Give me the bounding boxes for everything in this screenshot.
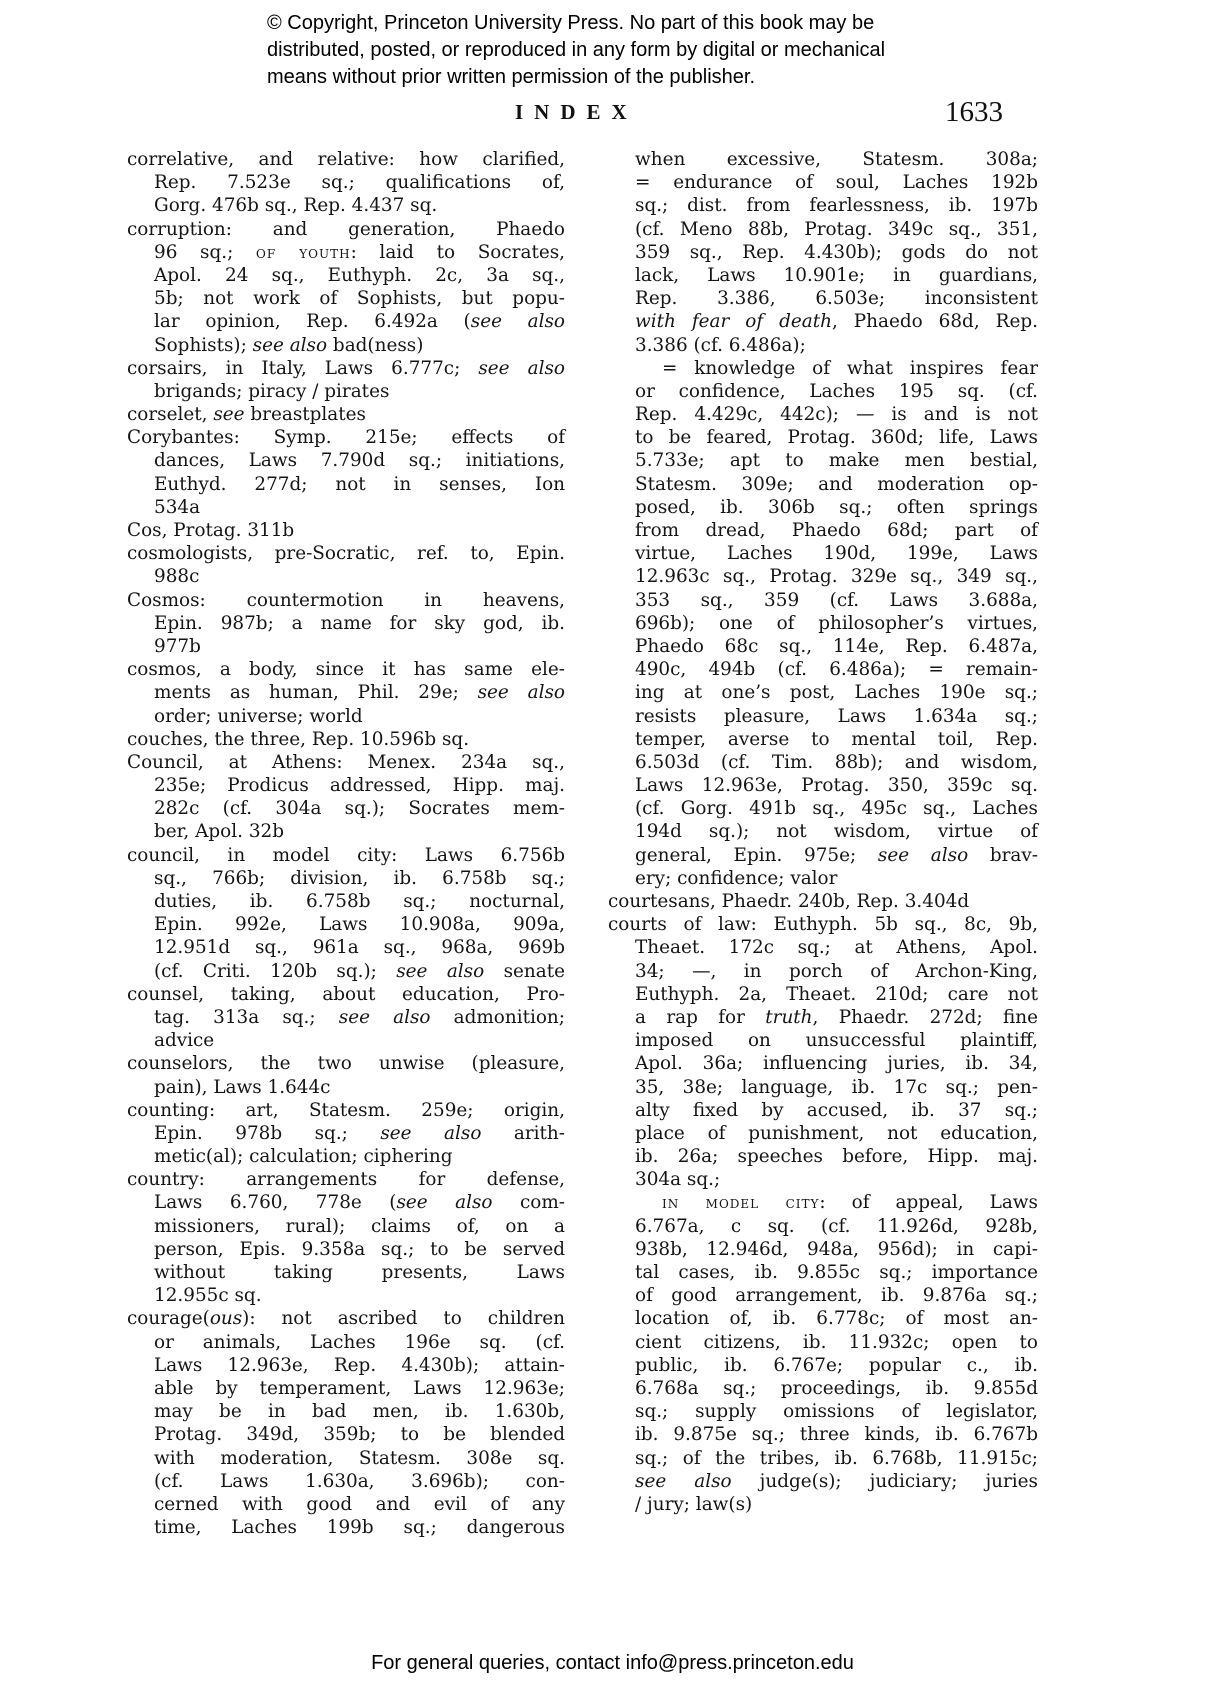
text-run: 12.955c sq. [154, 1285, 262, 1306]
text-run: (cf. Laws 1.630a, 3.696b); con- [154, 1471, 565, 1492]
index-entry-line: 977b [127, 635, 565, 658]
text-run: corruption: and generation, Phaedo [127, 219, 565, 240]
index-entry-heading-line: counselors, the two unwise (pleasure, [127, 1052, 565, 1075]
text-run: place of punishment, not education, [635, 1123, 1038, 1144]
index-entry-line: to be feared, Protag. 360d; life, Laws [608, 426, 1038, 449]
text-run: or confidence, Laches 195 sq. (cf. [635, 381, 1038, 402]
text-run: 5b; not work of Sophists, but popu- [154, 288, 565, 309]
text-run: of good arrangement, ib. 9.876a sq.; [635, 1285, 1038, 1306]
text-run: council, in model city: Laws 6.756b [127, 845, 565, 866]
text-run: brav- [968, 845, 1038, 866]
text-run: ber, Apol. 32b [154, 821, 284, 842]
index-entry-line: brigands; piracy / pirates [127, 380, 565, 403]
index-entry-line: or confidence, Laches 195 sq. (cf. [608, 380, 1038, 403]
text-run: counselors, the two unwise (pleasure, [127, 1053, 565, 1074]
text-run: 12.963c sq., Protag. 329e sq., 349 sq., [635, 566, 1038, 587]
italic-text: see also [478, 682, 565, 703]
index-entry-line: advice [127, 1029, 565, 1052]
text-run: lar opinion, Rep. 6.492a ( [154, 311, 471, 332]
index-entry-line: Phaedo 68c sq., 114e, Rep. 6.487a, [608, 635, 1038, 658]
text-run: without taking presents, Laws [154, 1262, 565, 1283]
index-entry-line: 304a sq.; [608, 1168, 1038, 1191]
index-entry-line: order; universe; world [127, 705, 565, 728]
text-run: breastplates [245, 404, 366, 425]
text-run: corsairs, in Italy, Laws 6.777c; [127, 358, 478, 379]
text-run: = endurance of soul, Laches 192b [635, 172, 1038, 193]
text-run: 534a [154, 497, 200, 518]
index-entry-heading-line: courts of law: Euthyph. 5b sq., 8c, 9b, [608, 913, 1038, 936]
index-entry-line: 6.767a, c sq. (cf. 11.926d, 928b, [608, 1215, 1038, 1238]
index-entry-line: missioners, rural); claims of, on a [127, 1215, 565, 1238]
text-run: 12.951d sq., 961a sq., 968a, 969b [154, 937, 565, 958]
index-entry-line: lack, Laws 10.901e; in guardians, [608, 264, 1038, 287]
text-run: location of, ib. 6.778c; of most an- [635, 1308, 1038, 1329]
index-entry-line: alty fixed by accused, ib. 37 sq.; [608, 1099, 1038, 1122]
text-run: senate [484, 961, 565, 982]
text-run: com- [492, 1192, 565, 1213]
text-run: with moderation, Statesm. 308e sq. [154, 1448, 565, 1469]
text-run: sq.; dist. from fearlessness, ib. 197b [635, 195, 1038, 216]
footer-contact: For general queries, contact info@press.… [0, 1652, 1225, 1675]
copyright-line: means without prior written permission o… [267, 64, 987, 91]
index-entry-line: (cf. Gorg. 491b sq., 495c sq., Laches [608, 797, 1038, 820]
text-run: ments as human, Phil. 29e; [154, 682, 478, 703]
index-entry-line: tag. 313a sq.; see also admonition; [127, 1006, 565, 1029]
text-run: ): not ascribed to children [242, 1308, 565, 1329]
index-entry-line: in model city: of appeal, Laws [608, 1191, 1038, 1214]
index-entry-line: = knowledge of what inspires fear [608, 357, 1038, 380]
text-run: 6.768a sq.; proceedings, ib. 9.855d [635, 1378, 1038, 1399]
running-title: INDEX [515, 100, 638, 125]
index-entry-line: of good arrangement, ib. 9.876a sq.; [608, 1284, 1038, 1307]
text-run: may be in bad men, ib. 1.630b, [154, 1401, 565, 1422]
text-run: 490c, 494b (cf. 6.486a); = remain- [635, 659, 1038, 680]
index-entry-heading-line: courtesans, Phaedr. 240b, Rep. 3.404d [608, 890, 1038, 913]
index-entry-line: without taking presents, Laws [127, 1261, 565, 1284]
index-entry-line: imposed on unsuccessful plaintiff, [608, 1029, 1038, 1052]
index-entry-heading-line: cosmos, a body, since it has same ele- [127, 658, 565, 681]
index-entry-line: Laws 12.963e, Rep. 4.430b); attain- [127, 1354, 565, 1377]
index-entry-line: 988c [127, 565, 565, 588]
index-entry-line: sq., 766b; division, ib. 6.758b sq.; [127, 867, 565, 890]
text-run: Rep. 4.429c, 442c); — is and is not [635, 404, 1038, 425]
index-entry-line: Rep. 7.523e sq.; qualifications of, [127, 171, 565, 194]
index-entry-line: with moderation, Statesm. 308e sq. [127, 1447, 565, 1470]
index-entry-line: sq.; dist. from fearlessness, ib. 197b [608, 194, 1038, 217]
text-run: 194d sq.); not wisdom, virtue of [635, 821, 1038, 842]
index-entry-line: ib. 9.875e sq.; three kinds, ib. 6.767b [608, 1423, 1038, 1446]
index-entry-heading-line: Cos, Protag. 311b [127, 519, 565, 542]
index-entry-heading-line: corsairs, in Italy, Laws 6.777c; see als… [127, 357, 565, 380]
text-run: Euthyph. 2a, Theaet. 210d; care not [635, 984, 1038, 1005]
text-run: or animals, Laches 196e sq. (cf. [154, 1332, 565, 1353]
index-entry-line: location of, ib. 6.778c; of most an- [608, 1307, 1038, 1330]
index-entry-line: Euthyph. 2a, Theaet. 210d; care not [608, 983, 1038, 1006]
index-entry-line: metic(al); calculation; ciphering [127, 1145, 565, 1168]
index-entry-line: 34; —, in porch of Archon-King, [608, 960, 1038, 983]
text-run: corselet, [127, 404, 213, 425]
text-run: sq., 766b; division, ib. 6.758b sq.; [154, 868, 565, 889]
italic-text: see also [471, 311, 565, 332]
text-run: courtesans, Phaedr. 240b, Rep. 3.404d [608, 891, 969, 912]
text-run: counting: art, Statesm. 259e; origin, [127, 1100, 565, 1121]
text-run: / jury; law(s) [635, 1494, 752, 1515]
text-run: bad(ness) [327, 335, 423, 356]
small-caps-text: of youth [256, 243, 351, 262]
index-entry-line: Laws 12.963e, Protag. 350, 359c sq. [608, 774, 1038, 797]
index-entry-line: 194d sq.); not wisdom, virtue of [608, 820, 1038, 843]
text-run: 3.386 (cf. 6.486a); [635, 335, 806, 356]
index-entry-line: Apol. 36a; influencing juries, ib. 34, [608, 1052, 1038, 1075]
index-entry-line: ing at one’s post, Laches 190e sq.; [608, 681, 1038, 704]
text-run: Council, at Athens: Menex. 234a sq., [127, 752, 565, 773]
index-entry-heading-line: council, in model city: Laws 6.756b [127, 844, 565, 867]
index-entry-line: pain), Laws 1.644c [127, 1076, 565, 1099]
italic-text: truth [765, 1007, 812, 1028]
index-entry-line: Epin. 978b sq.; see also arith- [127, 1122, 565, 1145]
text-run: person, Epis. 9.358a sq.; to be served [154, 1239, 565, 1260]
text-run: public, ib. 6.767e; popular c., ib. [635, 1355, 1038, 1376]
italic-text: with fear of death [635, 311, 832, 332]
text-run: alty fixed by accused, ib. 37 sq.; [635, 1100, 1038, 1121]
text-run: 988c [154, 566, 199, 587]
italic-text: see also [396, 1192, 492, 1213]
index-entry-line: Euthyd. 277d; not in senses, Ion [127, 473, 565, 496]
index-entry-heading-line: Council, at Athens: Menex. 234a sq., [127, 751, 565, 774]
text-run: missioners, rural); claims of, on a [154, 1216, 565, 1237]
text-run: Rep. 7.523e sq.; qualifications of, [154, 172, 565, 193]
index-entry-line: 5.733e; apt to make men bestial, [608, 449, 1038, 472]
text-run: ing at one’s post, Laches 190e sq.; [635, 682, 1038, 703]
index-entry-line: sq.; supply omissions of legislator, [608, 1400, 1038, 1423]
text-run: time, Laches 199b sq.; dangerous [154, 1517, 565, 1538]
index-entry-line: (cf. Criti. 120b sq.); see also senate [127, 960, 565, 983]
index-entry-line: a rap for truth, Phaedr. 272d; fine [608, 1006, 1038, 1029]
index-entry-line: 6.768a sq.; proceedings, ib. 9.855d [608, 1377, 1038, 1400]
index-entry-line: posed, ib. 306b sq.; often springs [608, 496, 1038, 519]
index-entry-line: Theaet. 172c sq.; at Athens, Apol. [608, 936, 1038, 959]
index-entry-line: Sophists); see also bad(ness) [127, 334, 565, 357]
text-run: cient citizens, ib. 11.932c; open to [635, 1332, 1038, 1353]
index-entry-line: public, ib. 6.767e; popular c., ib. [608, 1354, 1038, 1377]
text-run: Corybantes: Symp. 215e; effects of [127, 427, 565, 448]
index-entry-line: sq.; of the tribes, ib. 6.768b, 11.915c; [608, 1447, 1038, 1470]
index-entry-line: may be in bad men, ib. 1.630b, [127, 1400, 565, 1423]
text-run: Euthyd. 277d; not in senses, Ion [154, 474, 565, 495]
index-entry-line: tal cases, ib. 9.855c sq.; importance [608, 1261, 1038, 1284]
index-entry-line: 359 sq., Rep. 4.430b); gods do not [608, 241, 1038, 264]
index-entry-line: Apol. 24 sq., Euthyph. 2c, 3a sq., [127, 264, 565, 287]
index-entry-line: Rep. 3.386, 6.503e; inconsistent [608, 287, 1038, 310]
text-run: 35, 38e; language, ib. 17c sq.; pen- [635, 1077, 1038, 1098]
text-run: 696b); one of philosopher’s virtues, [635, 613, 1038, 634]
text-run: tal cases, ib. 9.855c sq.; importance [635, 1262, 1038, 1283]
text-run: sq.; of the tribes, ib. 6.768b, 11.915c; [635, 1448, 1038, 1469]
text-run: Epin. 987b; a name for sky god, ib. [154, 613, 565, 634]
index-entry-heading-line: counting: art, Statesm. 259e; origin, [127, 1099, 565, 1122]
text-run: judge(s); judiciary; juries [732, 1471, 1038, 1492]
index-entry-line: ery; confidence; valor [608, 867, 1038, 890]
index-entry-heading-line: corselet, see breastplates [127, 403, 565, 426]
text-run: arith- [481, 1123, 565, 1144]
index-entry-line: from dread, Phaedo 68d; part of [608, 519, 1038, 542]
text-run: 96 sq.; [154, 242, 256, 263]
text-run: , Phaedo 68d, Rep. [832, 311, 1038, 332]
index-entry-line: cient citizens, ib. 11.932c; open to [608, 1331, 1038, 1354]
page-number: 1633 [945, 96, 1003, 129]
index-entry-line: Epin. 992e, Laws 10.908a, 909a, [127, 913, 565, 936]
text-run: Protag. 349d, 359b; to be blended [154, 1424, 565, 1445]
text-run: correlative, and relative: how clarified… [127, 149, 565, 170]
index-entry-line: with fear of death, Phaedo 68d, Rep. [608, 310, 1038, 333]
index-entry-line: 938b, 12.946d, 948a, 956d); in capi- [608, 1238, 1038, 1261]
text-run: 977b [154, 636, 201, 657]
text-run: : of appeal, Laws [819, 1192, 1038, 1213]
text-run: Epin. 992e, Laws 10.908a, 909a, [154, 914, 565, 935]
text-run: (cf. Meno 88b, Protag. 349c sq., 351, [635, 219, 1038, 240]
italic-text: see also [339, 1007, 431, 1028]
index-entry-heading-line: cosmologists, pre-Socratic, ref. to, Epi… [127, 542, 565, 565]
text-run: Sophists); [154, 335, 253, 356]
italic-text: see also [635, 1471, 732, 1492]
text-run: , Phaedr. 272d; fine [813, 1007, 1038, 1028]
text-run: resists pleasure, Laws 1.634a sq.; [635, 706, 1038, 727]
text-run: cosmos, a body, since it has same ele- [127, 659, 565, 680]
index-entry-line: when excessive, Statesm. 308a; [608, 148, 1038, 171]
text-run: 938b, 12.946d, 948a, 956d); in capi- [635, 1239, 1038, 1260]
index-entry-line: 3.386 (cf. 6.486a); [608, 334, 1038, 357]
text-run: Phaedo 68c sq., 114e, Rep. 6.487a, [635, 636, 1038, 657]
text-run: 6.767a, c sq. (cf. 11.926d, 928b, [635, 1216, 1038, 1237]
index-entry-line: Gorg. 476b sq., Rep. 4.437 sq. [127, 194, 565, 217]
text-run: 6.503d (cf. Tim. 88b); and wisdom, [635, 752, 1038, 773]
text-run: when excessive, Statesm. 308a; [635, 149, 1038, 170]
text-run: cerned with good and evil of any [154, 1494, 565, 1515]
text-run: duties, ib. 6.758b sq.; nocturnal, [154, 891, 565, 912]
text-run: cosmologists, pre-Socratic, ref. to, Epi… [127, 543, 565, 564]
copyright-line: © Copyright, Princeton University Press.… [267, 10, 987, 37]
index-entry-line: 35, 38e; language, ib. 17c sq.; pen- [608, 1076, 1038, 1099]
index-entry-heading-line: courage(ous): not ascribed to children [127, 1307, 565, 1330]
text-run: Rep. 3.386, 6.503e; inconsistent [635, 288, 1038, 309]
index-entry-line: Statesm. 309e; and moderation op- [608, 473, 1038, 496]
text-run: a rap for [635, 1007, 765, 1028]
text-run: Epin. 978b sq.; [154, 1123, 380, 1144]
text-run: = knowledge of what inspires fear [662, 358, 1038, 379]
index-entry-line: 5b; not work of Sophists, but popu- [127, 287, 565, 310]
index-entry-line: or animals, Laches 196e sq. (cf. [127, 1331, 565, 1354]
index-entry-line: place of punishment, not education, [608, 1122, 1038, 1145]
text-run: to be feared, Protag. 360d; life, Laws [635, 427, 1038, 448]
text-run: country: arrangements for defense, [127, 1169, 565, 1190]
index-entry-line: resists pleasure, Laws 1.634a sq.; [608, 705, 1038, 728]
text-run: 235e; Prodicus addressed, Hipp. maj. [154, 775, 565, 796]
text-run: ib. 26a; speeches before, Hipp. maj. [635, 1146, 1038, 1167]
index-column-left: correlative, and relative: how clarified… [127, 148, 565, 1539]
index-entry-line: Epin. 987b; a name for sky god, ib. [127, 612, 565, 635]
index-entry-line: 235e; Prodicus addressed, Hipp. maj. [127, 774, 565, 797]
text-run: tag. 313a sq.; [154, 1007, 339, 1028]
index-entry-heading-line: country: arrangements for defense, [127, 1168, 565, 1191]
index-entry-line: time, Laches 199b sq.; dangerous [127, 1516, 565, 1539]
index-entry-line: able by temperament, Laws 12.963e; [127, 1377, 565, 1400]
index-entry-line: cerned with good and evil of any [127, 1493, 565, 1516]
italic-text: see [213, 404, 244, 425]
text-run: counsel, taking, about education, Pro- [127, 984, 565, 1005]
text-run: Apol. 24 sq., Euthyph. 2c, 3a sq., [154, 265, 565, 286]
small-caps-text: in model city [662, 1193, 819, 1212]
index-entry-line: (cf. Laws 1.630a, 3.696b); con- [127, 1470, 565, 1493]
text-run: advice [154, 1030, 214, 1051]
text-run: Laws 12.963e, Protag. 350, 359c sq. [635, 775, 1038, 796]
index-entry-line: ments as human, Phil. 29e; see also [127, 681, 565, 704]
italic-text: ous [210, 1308, 242, 1329]
text-run: from dread, Phaedo 68d; part of [635, 520, 1038, 541]
text-run: posed, ib. 306b sq.; often springs [635, 497, 1038, 518]
index-entry-line: 12.951d sq., 961a sq., 968a, 969b [127, 936, 565, 959]
index-entry-line: virtue, Laches 190d, 199e, Laws [608, 542, 1038, 565]
index-entry-line: ber, Apol. 32b [127, 820, 565, 843]
text-run: pain), Laws 1.644c [154, 1077, 330, 1098]
index-entry-heading-line: Corybantes: Symp. 215e; effects of [127, 426, 565, 449]
text-run: metic(al); calculation; ciphering [154, 1146, 452, 1167]
text-run: Apol. 36a; influencing juries, ib. 34, [635, 1053, 1038, 1074]
index-entry-line: = endurance of soul, Laches 192b [608, 171, 1038, 194]
text-run: Laws 12.963e, Rep. 4.430b); attain- [154, 1355, 565, 1376]
index-entry-line: 534a [127, 496, 565, 519]
copyright-line: distributed, posted, or reproduced in an… [267, 37, 987, 64]
index-entry-line: person, Epis. 9.358a sq.; to be served [127, 1238, 565, 1261]
text-run: 304a sq.; [635, 1169, 720, 1190]
text-run: : laid to Socrates, [351, 242, 565, 263]
index-entry-line: 353 sq., 359 (cf. Laws 3.688a, [608, 589, 1038, 612]
text-run: sq.; supply omissions of legislator, [635, 1401, 1038, 1422]
index-entry-heading-line: Cosmos: countermotion in heavens, [127, 589, 565, 612]
index-entry-line: (cf. Meno 88b, Protag. 349c sq., 351, [608, 218, 1038, 241]
text-run: 353 sq., 359 (cf. Laws 3.688a, [635, 590, 1038, 611]
text-run: Gorg. 476b sq., Rep. 4.437 sq. [154, 195, 437, 216]
index-entry-line: 12.955c sq. [127, 1284, 565, 1307]
text-run: temper, averse to mental toil, Rep. [635, 729, 1038, 750]
text-run: admonition; [430, 1007, 565, 1028]
index-entry-line: temper, averse to mental toil, Rep. [608, 728, 1038, 751]
index-entry-heading-line: correlative, and relative: how clarified… [127, 148, 565, 171]
running-head: INDEX 1633 [0, 98, 1225, 134]
text-run: courage( [127, 1308, 210, 1329]
index-entry-line: see also judge(s); judiciary; juries [608, 1470, 1038, 1493]
italic-text: see also [478, 358, 565, 379]
text-run: ery; confidence; valor [635, 868, 837, 889]
text-run: Cosmos: countermotion in heavens, [127, 590, 565, 611]
text-run: Laws 6.760, 778e ( [154, 1192, 396, 1213]
index-entry-line: Protag. 349d, 359b; to be blended [127, 1423, 565, 1446]
text-run: brigands; piracy / pirates [154, 381, 389, 402]
index-entry-line: 96 sq.; of youth: laid to Socrates, [127, 241, 565, 264]
index-entry-heading-line: couches, the three, Rep. 10.596b sq. [127, 728, 565, 751]
index-entry-line: 6.503d (cf. Tim. 88b); and wisdom, [608, 751, 1038, 774]
index-entry-line: 490c, 494b (cf. 6.486a); = remain- [608, 658, 1038, 681]
index-entry-line: dances, Laws 7.790d sq.; initiations, [127, 449, 565, 472]
italic-text: see also [396, 961, 484, 982]
italic-text: see also [878, 845, 968, 866]
text-run: order; universe; world [154, 706, 363, 727]
text-run: 282c (cf. 304a sq.); Socrates mem- [154, 798, 565, 819]
text-run: 34; —, in porch of Archon-King, [635, 961, 1038, 982]
text-run: (cf. Gorg. 491b sq., 495c sq., Laches [635, 798, 1038, 819]
text-run: 5.733e; apt to make men bestial, [635, 450, 1038, 471]
text-run: general, Epin. 975e; [635, 845, 878, 866]
text-run: Statesm. 309e; and moderation op- [635, 474, 1038, 495]
index-entry-line: Rep. 4.429c, 442c); — is and is not [608, 403, 1038, 426]
index-entry-line: general, Epin. 975e; see also brav- [608, 844, 1038, 867]
italic-text: see also [380, 1123, 481, 1144]
index-entry-line: duties, ib. 6.758b sq.; nocturnal, [127, 890, 565, 913]
text-run: virtue, Laches 190d, 199e, Laws [635, 543, 1038, 564]
index-entry-line: 282c (cf. 304a sq.); Socrates mem- [127, 797, 565, 820]
text-run: 359 sq., Rep. 4.430b); gods do not [635, 242, 1038, 263]
text-run: (cf. Criti. 120b sq.); [154, 961, 396, 982]
index-entry-heading-line: corruption: and generation, Phaedo [127, 218, 565, 241]
text-run: ib. 9.875e sq.; three kinds, ib. 6.767b [635, 1424, 1038, 1445]
index-entry-line: lar opinion, Rep. 6.492a (see also [127, 310, 565, 333]
index-entry-line: Laws 6.760, 778e (see also com- [127, 1191, 565, 1214]
text-run: Theaet. 172c sq.; at Athens, Apol. [635, 937, 1038, 958]
copyright-notice: © Copyright, Princeton University Press.… [267, 10, 987, 91]
text-run: imposed on unsuccessful plaintiff, [635, 1030, 1038, 1051]
text-run: courts of law: Euthyph. 5b sq., 8c, 9b, [608, 914, 1038, 935]
index-entry-heading-line: counsel, taking, about education, Pro- [127, 983, 565, 1006]
text-run: able by temperament, Laws 12.963e; [154, 1378, 565, 1399]
text-run: couches, the three, Rep. 10.596b sq. [127, 729, 469, 750]
text-run: Cos, Protag. 311b [127, 520, 294, 541]
index-column-right: when excessive, Statesm. 308a;= enduranc… [608, 148, 1038, 1516]
text-run: lack, Laws 10.901e; in guardians, [635, 265, 1038, 286]
index-entry-line: 12.963c sq., Protag. 329e sq., 349 sq., [608, 565, 1038, 588]
index-entry-line: / jury; law(s) [608, 1493, 1038, 1516]
index-entry-line: ib. 26a; speeches before, Hipp. maj. [608, 1145, 1038, 1168]
index-entry-line: 696b); one of philosopher’s virtues, [608, 612, 1038, 635]
text-run: dances, Laws 7.790d sq.; initiations, [154, 450, 565, 471]
italic-text: see also [253, 335, 327, 356]
